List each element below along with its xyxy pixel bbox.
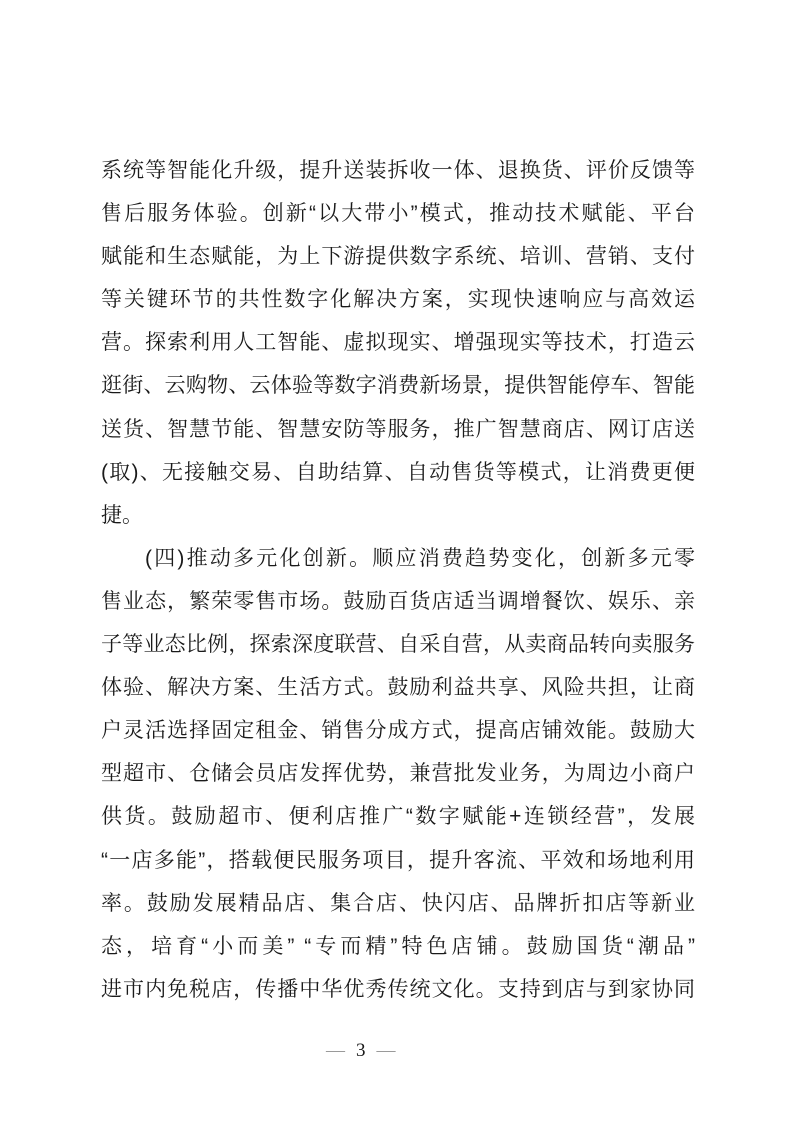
text-line: 进市内免税店，传播中华优秀传统文化。支持到店与到家协同 [101, 968, 695, 1011]
text-line: 售后服务体验。创新“以大带小”模式，推动技术赋能、平台 [101, 192, 695, 235]
text-line: “一店多能”，搭载便民服务项目，提升客流、平效和场地利用 [101, 839, 695, 882]
text-line: 送货、智慧节能、智慧安防等服务，推广智慧商店、网订店送 [101, 408, 695, 451]
footer-dash-left: — [326, 1041, 345, 1060]
text-line: 售业态，繁荣零售市场。鼓励百货店适当调增餐饮、娱乐、亲 [101, 580, 695, 623]
paragraph-continuation: 系统等智能化升级，提升送装拆收一体、退换货、评价反馈等 售后服务体验。创新“以大… [101, 149, 695, 537]
document-page: 系统等智能化升级，提升送装拆收一体、退换货、评价反馈等 售后服务体验。创新“以大… [0, 0, 793, 1122]
text-line: 户灵活选择固定租金、销售分成方式，提高店铺效能。鼓励大 [101, 709, 695, 752]
text-line: 供货。鼓励超市、便利店推广“数字赋能+连锁经营”，发展 [101, 795, 695, 838]
text-line: 体验、解决方案、生活方式。鼓励利益共享、风险共担，让商 [101, 666, 695, 709]
text-line: 型超市、仓储会员店发挥优势，兼营批发业务，为周边小商户 [101, 752, 695, 795]
text-line: 系统等智能化升级，提升送装拆收一体、退换货、评价反馈等 [101, 149, 695, 192]
text-line: 率。鼓励发展精品店、集合店、快闪店、品牌折扣店等新业 [101, 882, 695, 925]
text-line: 子等业态比例，探索深度联营、自采自营，从卖商品转向卖服务 [101, 623, 695, 666]
text-line: 态，培育“小而美” “专而精”特色店铺。鼓励国货“潮品” [101, 925, 695, 968]
page-number: 3 [356, 1041, 366, 1060]
text-line: 等关键环节的共性数字化解决方案，实现快速响应与高效运 [101, 278, 695, 321]
text-line: (取)、无接触交易、自助结算、自动售货等模式，让消费更便 [101, 451, 695, 494]
text-line: 营。探索利用人工智能、虚拟现实、增强现实等技术，打造云 [101, 321, 695, 364]
text-line: (四)推动多元化创新。顺应消费趋势变化，创新多元零 [101, 537, 695, 580]
paragraph-item-four: (四)推动多元化创新。顺应消费趋势变化，创新多元零 售业态，繁荣零售市场。鼓励百… [101, 537, 695, 1011]
text-line: 赋能和生态赋能，为上下游提供数字系统、培训、营销、支付 [101, 235, 695, 278]
text-line: 捷。 [101, 494, 695, 537]
footer-dash-right: — [377, 1041, 396, 1060]
page-footer: — 3 — [326, 1040, 396, 1060]
text-line: 逛街、云购物、云体验等数字消费新场景，提供智能停车、智能 [101, 364, 695, 407]
text-block: 系统等智能化升级，提升送装拆收一体、退换货、评价反馈等 售后服务体验。创新“以大… [101, 149, 695, 1011]
